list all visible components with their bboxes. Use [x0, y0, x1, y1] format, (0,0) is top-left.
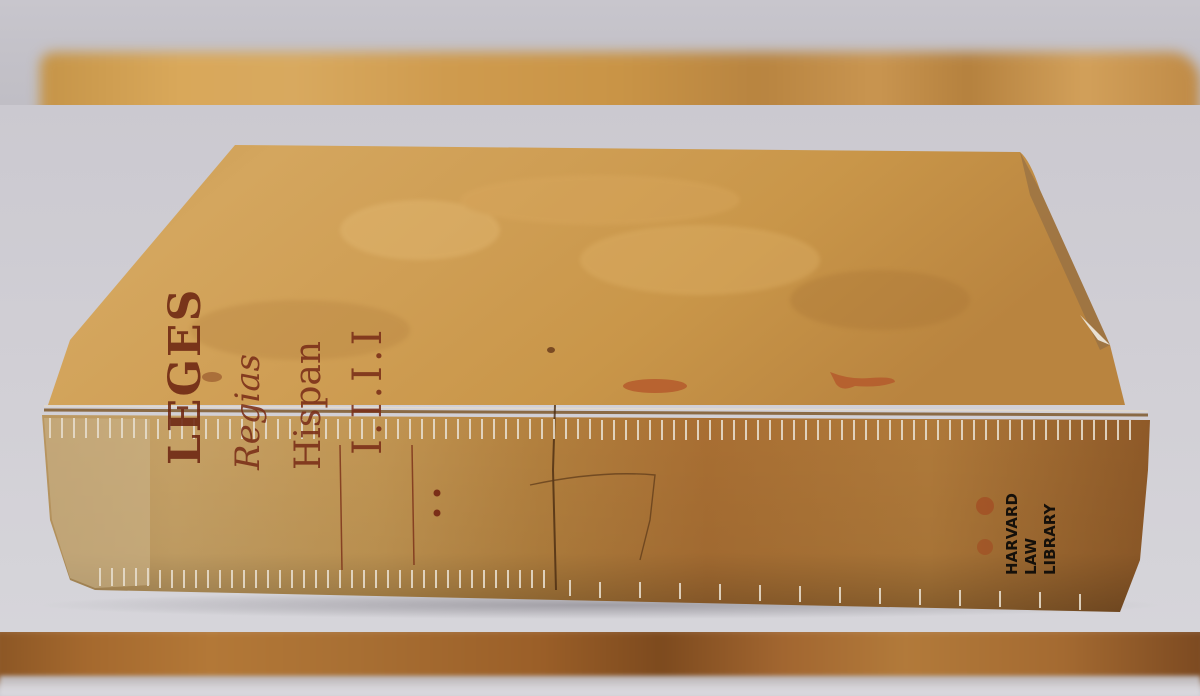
blurred-top-band	[0, 0, 1200, 105]
library-stamp-line: LIBRARY	[1041, 493, 1060, 575]
blurred-book-edge-top	[40, 52, 1200, 105]
blurred-bottom-band	[0, 632, 1200, 696]
blurred-floor	[0, 676, 1200, 696]
spine-title-regias: Regias	[228, 354, 268, 470]
spine-shelf-mark: I.I.I.I	[345, 326, 391, 455]
spine-title-leges: LEGES	[160, 288, 211, 465]
blurred-spine-bottom	[0, 632, 1200, 682]
library-stamp: HARVARD LAW LIBRARY	[1003, 493, 1060, 575]
library-stamp-line: LAW	[1022, 493, 1041, 575]
library-stamp-line: HARVARD	[1003, 493, 1022, 575]
book-photo: LEGES Regias Hispan I.I.I.I HARVARD LAW …	[0, 105, 1200, 632]
spine-title-hispan: Hispan	[288, 341, 329, 470]
